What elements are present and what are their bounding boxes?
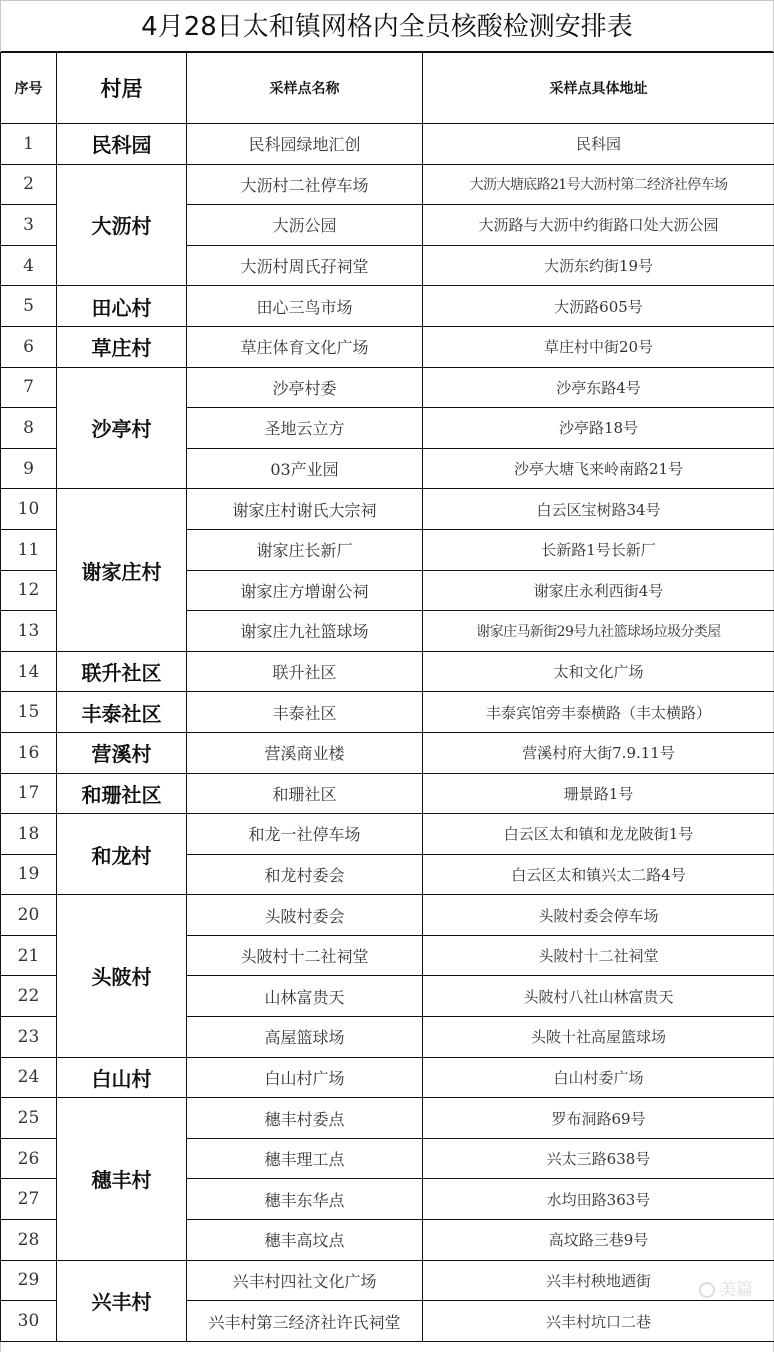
cell-site-address: 白山村委广场: [423, 1057, 774, 1098]
cell-site-name: 和龙村委会: [187, 854, 423, 895]
table-row: 25穗丰村穗丰村委点罗布洞路69号: [1, 1098, 774, 1139]
cell-seq: 23: [1, 1017, 57, 1058]
table-row: 5田心村田心三鸟市场大沥路605号: [1, 286, 774, 327]
cell-site-address: 长新路1号长新厂: [423, 529, 774, 570]
cell-site-address: 白云区太和镇和龙龙陂街1号: [423, 814, 774, 855]
cell-site-name: 联升社区: [187, 651, 423, 692]
cell-site-name: 大沥村二社停车场: [187, 164, 423, 205]
table-row: 24白山村白山村广场白山村委广场: [1, 1057, 774, 1098]
cell-site-name: 谢家庄方增谢公祠: [187, 570, 423, 611]
cell-seq: 18: [1, 814, 57, 855]
cell-site-address: 头陂村委会停车场: [423, 895, 774, 936]
header-row: 序号 村居 采样点名称 采样点具体地址: [1, 53, 774, 124]
cell-village: 丰泰社区: [57, 692, 187, 733]
cell-village: 田心村: [57, 286, 187, 327]
cell-seq: 12: [1, 570, 57, 611]
cell-seq: 16: [1, 732, 57, 773]
table-row: 17和珊社区和珊社区珊景路1号: [1, 773, 774, 814]
cell-site-name: 山林富贵天: [187, 976, 423, 1017]
cell-site-address: 沙亭大塘飞来岭南路21号: [423, 448, 774, 489]
cell-site-name: 丰泰社区: [187, 692, 423, 733]
cell-seq: 11: [1, 529, 57, 570]
cell-seq: 13: [1, 611, 57, 652]
cell-seq: 22: [1, 976, 57, 1017]
cell-site-address: 大沥路605号: [423, 286, 774, 327]
cell-seq: 5: [1, 286, 57, 327]
cell-village: 民科园: [57, 124, 187, 165]
cell-seq: 29: [1, 1260, 57, 1301]
cell-site-address: 罗布洞路69号: [423, 1098, 774, 1139]
cell-site-name: 和龙一社停车场: [187, 814, 423, 855]
cell-site-name: 03产业园: [187, 448, 423, 489]
cell-site-address: 沙亭路18号: [423, 408, 774, 449]
cell-seq: 10: [1, 489, 57, 530]
cell-site-name: 兴丰村第三经济社许氏祠堂: [187, 1301, 423, 1342]
cell-site-name: 穗丰村委点: [187, 1098, 423, 1139]
table-row: 14联升社区联升社区太和文化广场: [1, 651, 774, 692]
cell-site-address: 沙亭东路4号: [423, 367, 774, 408]
table-row: 2大沥村大沥村二社停车场大沥大塘底路21号大沥村第二经济社停车场: [1, 164, 774, 205]
cell-seq: 20: [1, 895, 57, 936]
cell-site-name: 大沥公园: [187, 205, 423, 246]
table-row: 1民科园民科园绿地汇创民科园: [1, 124, 774, 165]
table-row: 15丰泰社区丰泰社区丰泰宾馆旁丰泰横路（丰太横路）: [1, 692, 774, 733]
cell-site-address: 兴太三路638号: [423, 1138, 774, 1179]
meipian-logo-icon: [699, 1282, 715, 1298]
cell-seq: 25: [1, 1098, 57, 1139]
cell-site-name: 田心三鸟市场: [187, 286, 423, 327]
table-row: 20头陂村头陂村委会头陂村委会停车场: [1, 895, 774, 936]
cell-site-name: 穗丰高坟点: [187, 1220, 423, 1261]
cell-village: 草庄村: [57, 326, 187, 367]
cell-village: 营溪村: [57, 732, 187, 773]
cell-seq: 3: [1, 205, 57, 246]
table-row: 10谢家庄村谢家庄村谢氏大宗祠白云区宝树路34号: [1, 489, 774, 530]
cell-site-address: 大沥路与大沥中约街路口处大沥公园: [423, 205, 774, 246]
table-row: 18和龙村和龙一社停车场白云区太和镇和龙龙陂街1号: [1, 814, 774, 855]
cell-seq: 1: [1, 124, 57, 165]
cell-village: 联升社区: [57, 651, 187, 692]
cell-site-name: 草庄体育文化广场: [187, 326, 423, 367]
cell-seq: 9: [1, 448, 57, 489]
cell-site-name: 沙亭村委: [187, 367, 423, 408]
cell-site-name: 圣地云立方: [187, 408, 423, 449]
cell-site-address: 谢家庄马新街29号九社篮球场垃圾分类屋: [423, 611, 774, 652]
cell-seq: 28: [1, 1220, 57, 1261]
cell-site-name: 头陂村十二社祠堂: [187, 935, 423, 976]
header-village: 村居: [57, 53, 187, 124]
cell-site-name: 穗丰理工点: [187, 1138, 423, 1179]
cell-site-name: 大沥村周氏孖祠堂: [187, 245, 423, 286]
cell-village: 兴丰村: [57, 1260, 187, 1341]
watermark: 美篇: [699, 1275, 753, 1300]
cell-village: 头陂村: [57, 895, 187, 1057]
cell-site-address: 草庄村中街20号: [423, 326, 774, 367]
cell-site-name: 民科园绿地汇创: [187, 124, 423, 165]
cell-village: 沙亭村: [57, 367, 187, 489]
cell-site-address: 白云区宝树路34号: [423, 489, 774, 530]
cell-site-address: 丰泰宾馆旁丰泰横路（丰太横路）: [423, 692, 774, 733]
cell-village: 大沥村: [57, 164, 187, 286]
table-row: 16营溪村营溪商业楼营溪村府大街7.9.11号: [1, 732, 774, 773]
cell-village: 穗丰村: [57, 1098, 187, 1260]
page-title: 4月28日太和镇网格内全员核酸检测安排表: [1, 1, 773, 53]
cell-site-address: 大沥大塘底路21号大沥村第二经济社停车场: [423, 164, 774, 205]
watermark-text: 美篇: [719, 1280, 753, 1300]
cell-seq: 7: [1, 367, 57, 408]
cell-site-address: 高坟路三巷9号: [423, 1220, 774, 1261]
cell-site-name: 谢家庄长新厂: [187, 529, 423, 570]
cell-site-name: 穗丰东华点: [187, 1179, 423, 1220]
table-body: 1民科园民科园绿地汇创民科园2大沥村大沥村二社停车场大沥大塘底路21号大沥村第二…: [1, 124, 774, 1342]
cell-site-address: 兴丰村坑口二巷: [423, 1301, 774, 1342]
header-seq: 序号: [1, 53, 57, 124]
cell-seq: 4: [1, 245, 57, 286]
table-row: 6草庄村草庄体育文化广场草庄村中街20号: [1, 326, 774, 367]
cell-seq: 24: [1, 1057, 57, 1098]
cell-site-address: 头陂村八社山林富贵天: [423, 976, 774, 1017]
spreadsheet: 4月28日太和镇网格内全员核酸检测安排表 序号 村居 采样点名称 采样点具体地址…: [0, 0, 774, 1352]
cell-site-name: 营溪商业楼: [187, 732, 423, 773]
cell-village: 白山村: [57, 1057, 187, 1098]
cell-site-address: 谢家庄永利西街4号: [423, 570, 774, 611]
cell-seq: 27: [1, 1179, 57, 1220]
cell-seq: 17: [1, 773, 57, 814]
cell-seq: 14: [1, 651, 57, 692]
cell-site-address: 头陂十社高屋篮球场: [423, 1017, 774, 1058]
header-site-name: 采样点名称: [187, 53, 423, 124]
cell-site-address: 营溪村府大街7.9.11号: [423, 732, 774, 773]
cell-seq: 8: [1, 408, 57, 449]
cell-site-name: 谢家庄九社篮球场: [187, 611, 423, 652]
cell-site-address: 珊景路1号: [423, 773, 774, 814]
cell-site-name: 白山村广场: [187, 1057, 423, 1098]
cell-village: 和珊社区: [57, 773, 187, 814]
table-row: 7沙亭村沙亭村委沙亭东路4号: [1, 367, 774, 408]
cell-seq: 21: [1, 935, 57, 976]
cell-site-address: 白云区太和镇兴太二路4号: [423, 854, 774, 895]
header-site-address: 采样点具体地址: [423, 53, 774, 124]
cell-site-name: 头陂村委会: [187, 895, 423, 936]
cell-seq: 2: [1, 164, 57, 205]
table-row: 29兴丰村兴丰村四社文化广场兴丰村秧地迺街: [1, 1260, 774, 1301]
cell-site-address: 水均田路363号: [423, 1179, 774, 1220]
cell-site-address: 大沥东约街19号: [423, 245, 774, 286]
cell-seq: 6: [1, 326, 57, 367]
cell-village: 和龙村: [57, 814, 187, 895]
cell-site-name: 和珊社区: [187, 773, 423, 814]
schedule-table: 序号 村居 采样点名称 采样点具体地址 1民科园民科园绿地汇创民科园2大沥村大沥…: [0, 52, 774, 1342]
cell-seq: 26: [1, 1138, 57, 1179]
cell-seq: 19: [1, 854, 57, 895]
cell-seq: 30: [1, 1301, 57, 1342]
cell-site-address: 头陂村十二社祠堂: [423, 935, 774, 976]
cell-site-address: 民科园: [423, 124, 774, 165]
cell-site-name: 高屋篮球场: [187, 1017, 423, 1058]
cell-site-address: 太和文化广场: [423, 651, 774, 692]
cell-seq: 15: [1, 692, 57, 733]
cell-site-name: 谢家庄村谢氏大宗祠: [187, 489, 423, 530]
cell-village: 谢家庄村: [57, 489, 187, 651]
cell-site-name: 兴丰村四社文化广场: [187, 1260, 423, 1301]
